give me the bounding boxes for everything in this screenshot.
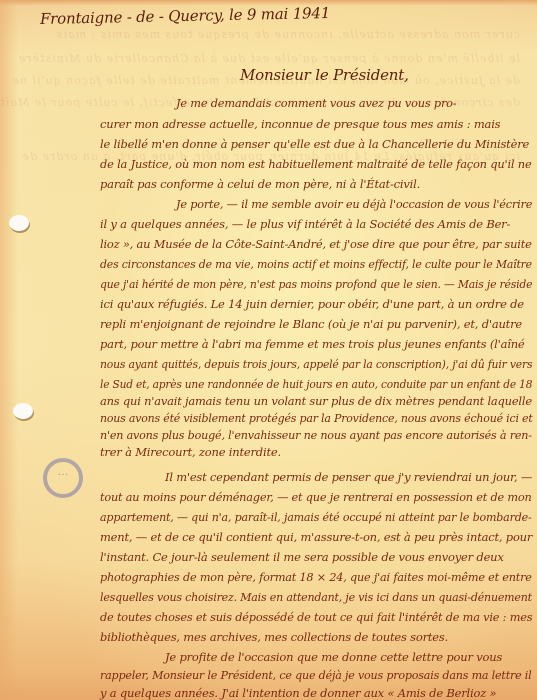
letter-line: Je me demandais comment vous avez pu vou… <box>176 96 532 110</box>
letter-line: bibliothèques, mes archives, mes collect… <box>100 630 448 644</box>
letter-line: nous avons été visiblement protégés par … <box>100 411 533 425</box>
letter-line: ans qui n'avait jamais tenu un volant su… <box>100 394 532 408</box>
letter-line: ment, — et de ce qu'il contient qui, m'a… <box>100 530 532 544</box>
letter-line: tout au moins pour déménager, — et que j… <box>100 490 532 504</box>
letter-line: nous ayant quittés, depuis trois jours, … <box>100 357 532 371</box>
letter-line: que j'ai hérité de mon père, n'est pas m… <box>100 277 532 291</box>
letter-page: curer mon adresse actuelle, inconnue de … <box>0 0 537 700</box>
letter-line: le Sud et, après une randonnée de huit j… <box>100 377 532 391</box>
letter-line: rappeler, Monsieur le Président, ce que … <box>100 668 532 682</box>
letter-line: lioz », au Musée de la Côte-Saint-André,… <box>100 237 532 251</box>
letter-line: trer à Mirecourt, zone interdite. <box>100 445 281 459</box>
letter-line: ici qu'aux réfugiés. Le 14 juin dernier,… <box>100 297 524 311</box>
letter-line: Je porte, — il me semble avoir eu déjà l… <box>176 197 532 211</box>
punch-hole <box>9 215 29 231</box>
letter-line: appartement, — qui n'a, paraît-il, jamai… <box>100 510 532 524</box>
letter-line: il y a quelques années, — le plus vif in… <box>100 217 510 231</box>
letter-line: photographies de mon père, format 18 × 2… <box>100 570 532 584</box>
bleed-through-text: le libellé m'en donne à penser qu'elle e… <box>20 52 520 65</box>
archive-stamp: • • • <box>43 458 83 498</box>
punch-hole <box>13 403 33 419</box>
letter-line: n'en avons plus bougé, l'envahisseur ne … <box>100 428 532 442</box>
letter-line: repli m'enjoignant de rejoindre le Blanc… <box>100 317 522 331</box>
letter-line: paraît pas conforme à celui de mon père,… <box>100 177 420 191</box>
letter-line: l'instant. Ce jour-là seulement il me se… <box>100 550 504 564</box>
letter-line: part, pour mettre à l'abri ma femme et m… <box>100 337 525 351</box>
letter-line: Il m'est cependant permis de penser que … <box>165 470 532 484</box>
dateline: Frontaigne - de - Quercy, le 9 mai 1941 <box>40 4 330 28</box>
letter-line: curer mon adresse actuelle, inconnue de … <box>100 117 500 131</box>
letter-line: le libellé m'en donne à penser qu'elle e… <box>100 137 529 151</box>
letter-line: lesquelles vous choisirez. Mais en atten… <box>100 590 532 604</box>
letter-line: des circonstances de ma vie, moins actif… <box>100 257 532 271</box>
letter-line: de la Justice, où mon nom est habituelle… <box>100 157 532 171</box>
letter-line: de toutes choses et suis dépossédé de to… <box>100 610 532 624</box>
letter-line: y a quelques années. J'ai l'intention de… <box>100 686 496 700</box>
bleed-through-text: curer mon adresse actuelle, inconnue de … <box>20 28 520 41</box>
letter-line: Je profite de l'occasion que me donne ce… <box>165 650 502 664</box>
stamp-text: • • • <box>47 472 79 477</box>
salutation: Monsieur le Président, <box>240 66 409 84</box>
